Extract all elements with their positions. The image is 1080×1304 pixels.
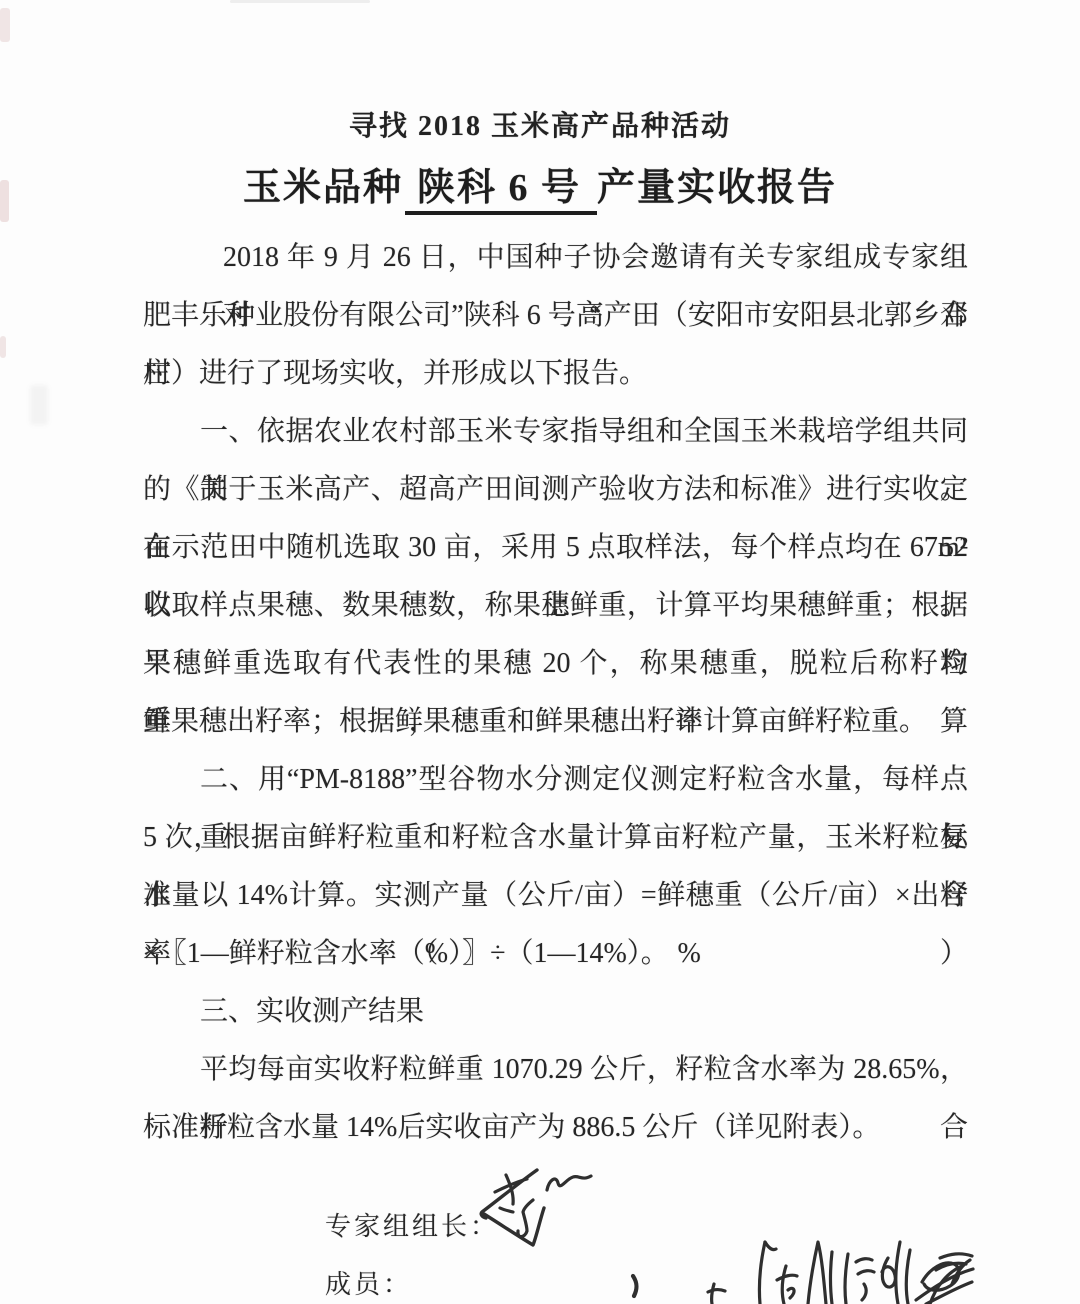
scan-artifact: [0, 8, 10, 42]
body-line: 村）进行了现场实收，并形成以下报告。: [143, 345, 968, 403]
members-label: 成员：: [325, 1264, 412, 1301]
body-line: 一、依据农业农村部玉米专家指导组和全国玉米栽培学组共同制定: [143, 403, 968, 461]
member-signatures: [600, 1212, 1000, 1304]
body-line: 2018 年 9 月 26 日，中国种子协会邀请有关专家组成专家组对“合: [143, 229, 968, 287]
section-heading-results: 三、实收测产结果: [143, 983, 968, 1041]
body-line: 二、用“PM-8188”型谷物水分测定仪测定籽粒含水量，每样点重复: [143, 751, 968, 809]
body-line: 收取样点果穗、数果穗数，称果穗鲜重，计算平均果穗鲜重；根据平均: [143, 577, 968, 635]
scan-artifact: [230, 0, 370, 3]
body-line: 肥丰乐种业股份有限公司”陕科 6 号高产田（安阳市安阳县北郭乡邓庄: [143, 287, 968, 345]
report-title-suffix: 产量实收报告: [597, 167, 837, 209]
scan-artifact: [30, 385, 48, 425]
report-title: 玉米品种陕科 6 号产量实收报告: [0, 156, 1080, 211]
body-line: 标准籽粒含水量 14%后实收亩产为 886.5 公斤（详见附表）。: [143, 1099, 968, 1157]
leader-signature: [470, 1160, 610, 1260]
body-line: 亩示范田中随机选取 30 亩，采用 5 点取样法，每个样点均在 67m²以上。: [143, 519, 968, 577]
report-body: 2018 年 9 月 26 日，中国种子协会邀请有关专家组成专家组对“合 肥丰乐…: [143, 229, 968, 1157]
body-line: 5 次，根据亩鲜籽粒重和籽粒含水量计算亩籽粒产量，玉米籽粒标准含: [143, 809, 968, 867]
report-title-prefix: 玉米品种: [243, 167, 403, 209]
body-line: 果穗鲜重选取有代表性的果穗 20 个，称果穗重，脱粒后称籽粒重，计算: [143, 635, 968, 693]
body-line: 平均每亩实收籽粒鲜重 1070.29 公斤，籽粒含水率为 28.65%，折合: [143, 1041, 968, 1099]
body-line: 水量以 14%计算。实测产量（公斤/亩）=鲜穗重（公斤/亩）×出籽率（%）: [143, 867, 968, 925]
body-line: 鲜果穗出籽率；根据鲜果穗重和鲜果穗出籽率计算亩鲜籽粒重。: [143, 693, 968, 751]
scan-artifact: [0, 336, 6, 358]
activity-title: 寻找 2018 玉米高产品种活动: [0, 104, 1080, 144]
variety-name-underlined: 陕科 6 号: [405, 167, 597, 215]
body-line: 的《关于玉米高产、超高产田间测产验收方法和标准》进行实收。在 52: [143, 461, 968, 519]
scanned-report-page: 寻找 2018 玉米高产品种活动 玉米品种陕科 6 号产量实收报告 2018 年…: [0, 0, 1080, 1304]
